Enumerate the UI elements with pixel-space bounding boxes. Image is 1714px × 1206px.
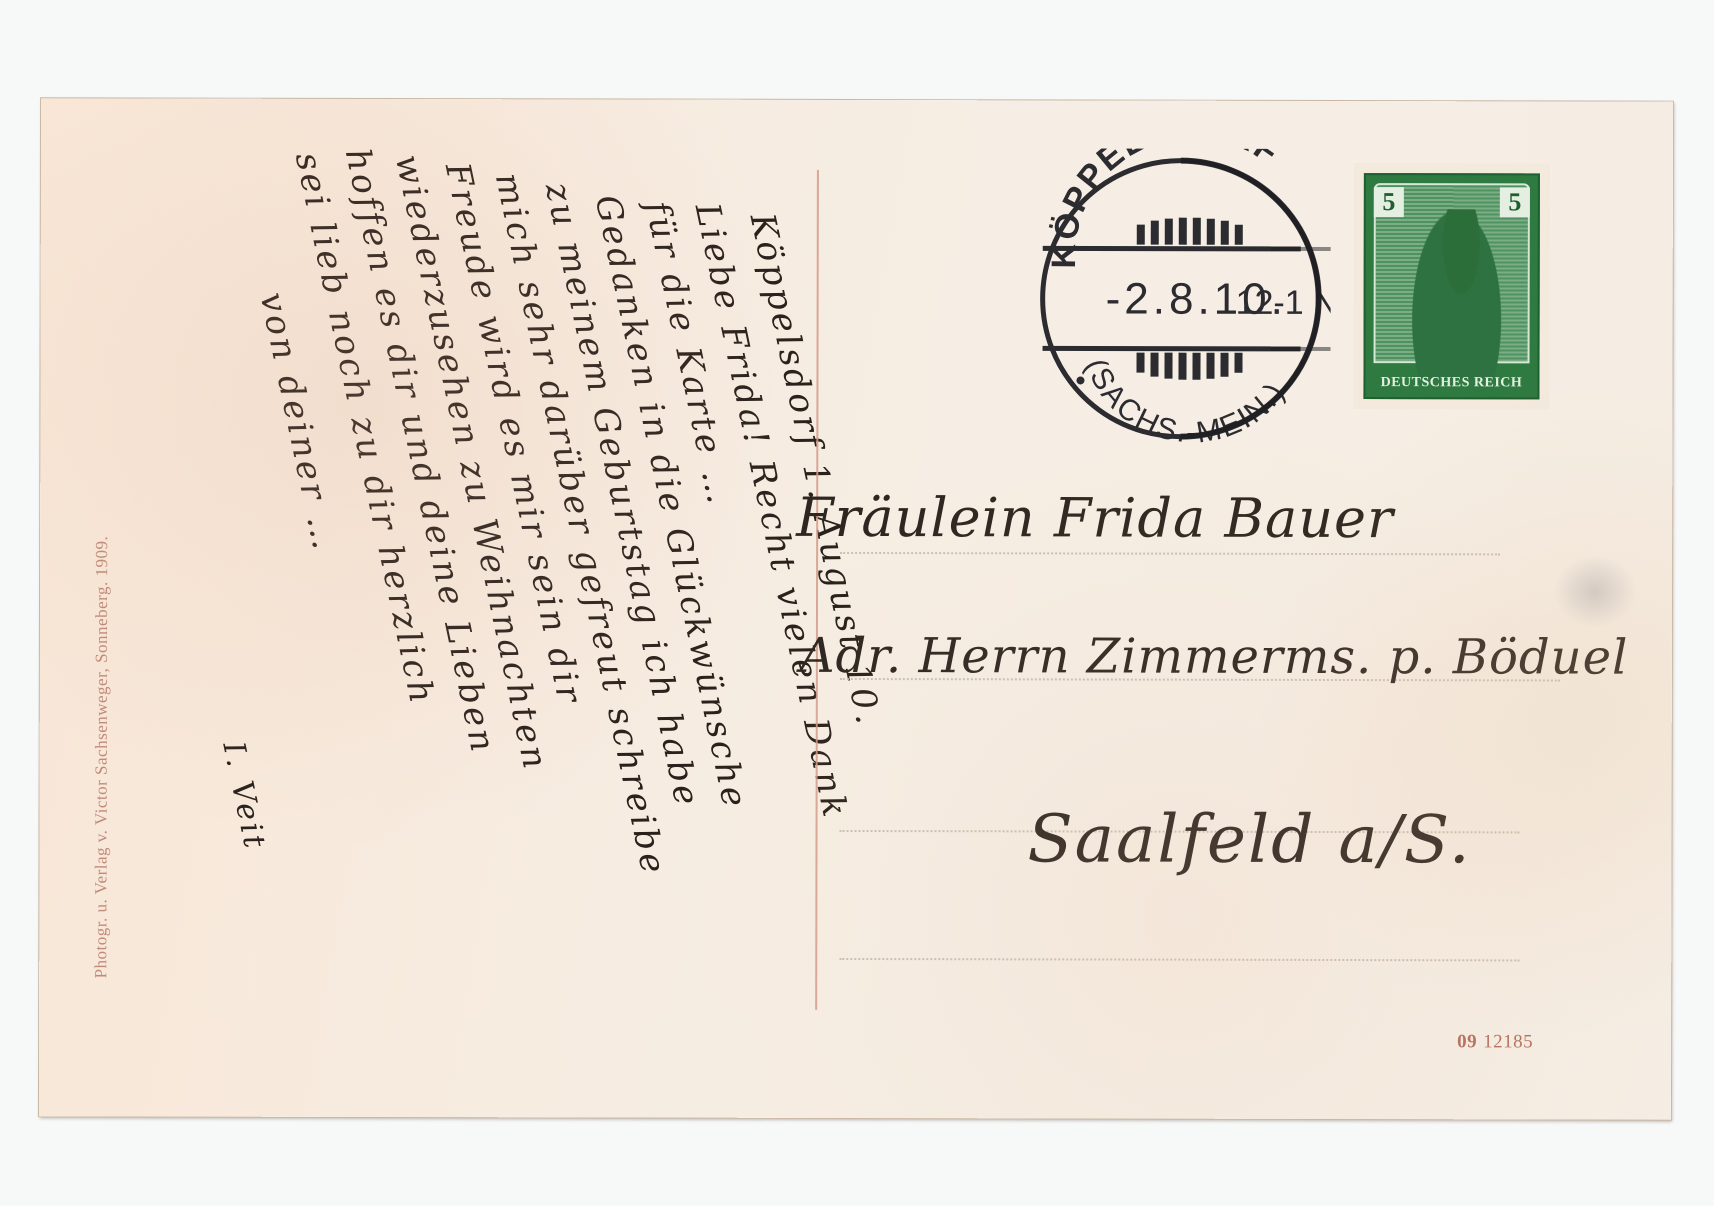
message-signature: I. Veit bbox=[215, 739, 272, 854]
stamp-country: DEUTSCHES REICH bbox=[1365, 375, 1537, 391]
handwritten-message: Köppelsdorf 1. August 10. Liebe Frida! R… bbox=[179, 139, 821, 1040]
stamp-value-left: 5 bbox=[1374, 187, 1404, 217]
address-recipient: Fräulein Frida Bauer bbox=[796, 486, 1394, 550]
postage-stamp: 5 5 DEUTSCHES REICH bbox=[1353, 163, 1550, 409]
publisher-imprint: Photogr. u. Verlag v. Victor Sachsenwege… bbox=[91, 536, 112, 979]
postmark-time: 12-1 N bbox=[1236, 284, 1331, 322]
postcard: Photogr. u. Verlag v. Victor Sachsenwege… bbox=[39, 98, 1673, 1119]
postmark-cancellation: KÖPPELSDORF (SACHS.-MEIN.) -2.8.10. 12-1… bbox=[1030, 148, 1331, 449]
stamp-value-right: 5 bbox=[1500, 187, 1530, 217]
ink-smudge bbox=[1550, 551, 1640, 631]
germania-figure-icon bbox=[1411, 209, 1501, 379]
address-city: Saalfeld a/S. bbox=[1027, 800, 1471, 878]
address-guide-line bbox=[840, 552, 1500, 555]
address-care-of: Adr. Herrn Zimmerms. p. Böduel bbox=[800, 628, 1629, 686]
address-guide-line bbox=[839, 958, 1519, 961]
card-serial-number: 0912185 bbox=[1457, 1031, 1533, 1053]
